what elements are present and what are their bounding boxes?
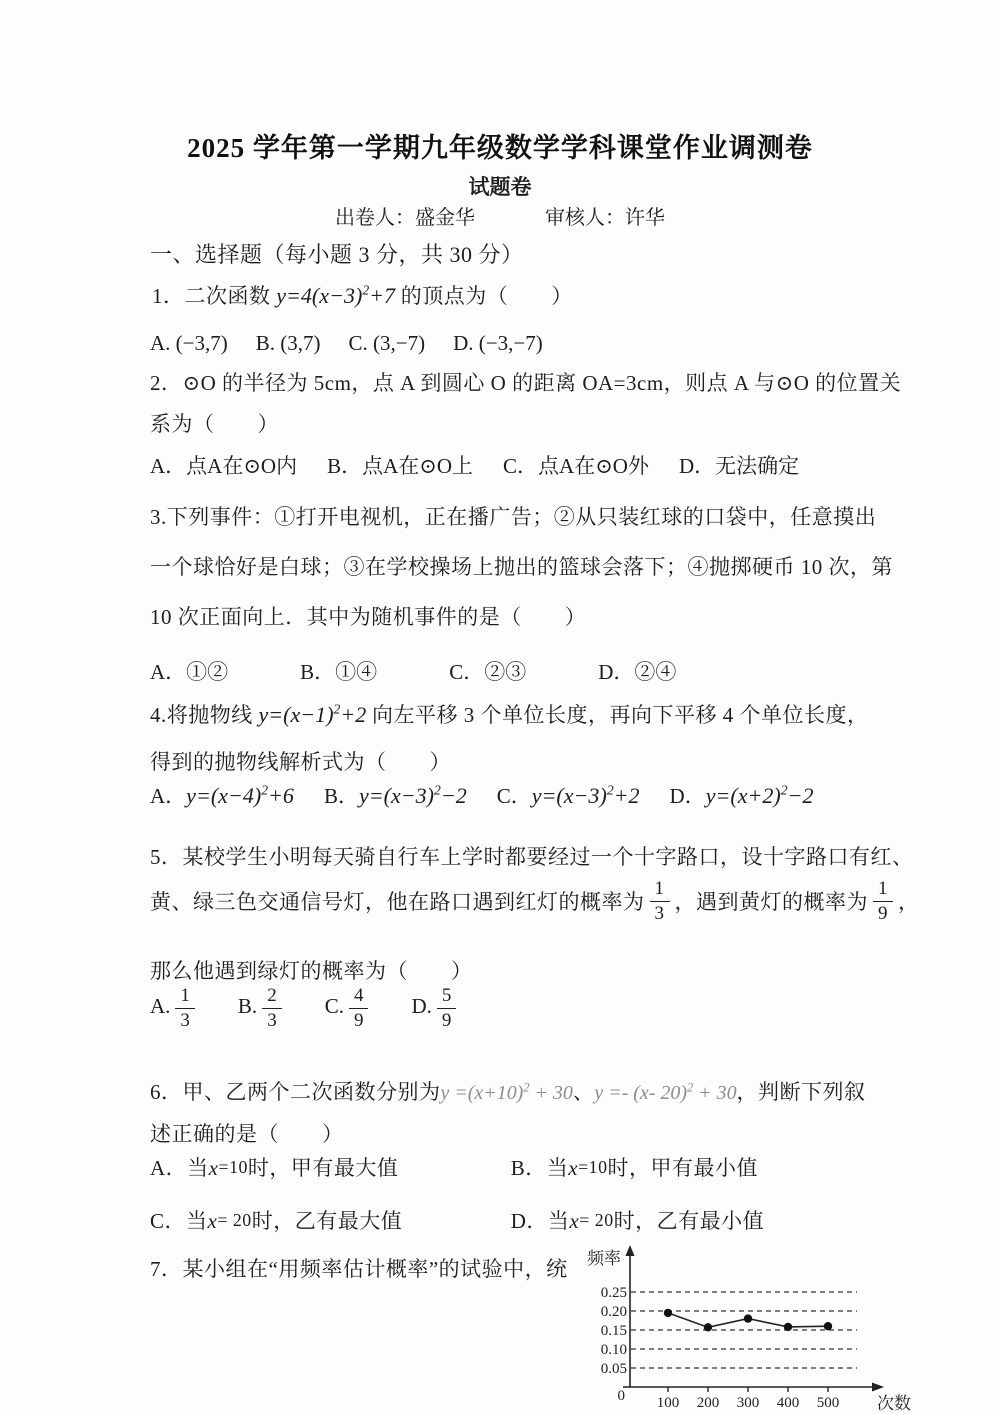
fraction-numerator: 1 — [650, 878, 670, 902]
q6-formula-yi: y =- (x- 20)2 + 30 — [594, 1082, 736, 1104]
svg-text:0.05: 0.05 — [601, 1361, 627, 1377]
formula-base: y=(x−3) — [359, 783, 434, 808]
formula-exponent: 2 — [434, 783, 441, 798]
option-letter: B． — [324, 784, 359, 808]
option-text: 当 — [548, 1209, 570, 1233]
fraction-numerator: 1 — [873, 878, 893, 902]
fraction: 59 — [437, 985, 457, 1032]
option-letter: C． — [150, 1209, 186, 1233]
q4-options: A．y=(x−4)2+6 B．y=(x−3)2−2 C．y=(x−3)2+2 D… — [150, 780, 814, 810]
q4-stem-line1: 4.将抛物线 y=(x−1)2+2 向左平移 3 个单位长度，再向下平移 4 个… — [150, 699, 869, 729]
option-b: B．①④ — [300, 656, 377, 686]
q5-options: A.13 B.23 C.49 D.59 — [150, 985, 461, 1032]
option-d: D．y=(x+2)2−2 — [670, 780, 814, 810]
q6-formula-jia: y =(x+10)2 + 30 — [441, 1082, 573, 1104]
q3-stem-line3: 10 次正面向上．其中为随机事件的是（ ） — [150, 601, 586, 631]
q6-options-row1: A．当x=10时，甲有最大值 B．当x=10时，甲有最小值 — [150, 1152, 758, 1182]
q6-stem-text-end: ，判断下列叙 — [737, 1080, 866, 1104]
option-a: A.13 — [150, 985, 200, 1032]
q5-stem-line3: 那么他遇到绿灯的概率为（ ） — [150, 955, 473, 985]
formula-tail: +7 — [369, 283, 395, 308]
option-letter: C. — [325, 994, 344, 1025]
paper-subtitle: 试题卷 — [0, 171, 1000, 201]
option-d: D．无法确定 — [679, 450, 799, 480]
q1-stem-text-end: 的顶点为（ ） — [395, 284, 573, 308]
option-c: C. (3,−7) — [349, 331, 426, 356]
option-text: 当 — [187, 1156, 209, 1180]
q4-stem-text-end: 向左平移 3 个单位长度，再向下平移 4 个单位长度， — [366, 703, 868, 727]
page-title: 2025 学年第一学期九年级数学学科课堂作业调测卷 — [0, 126, 1000, 165]
q5-stem-text-mid: ，遇到黄灯的概率为 — [675, 886, 869, 916]
formula-tail: +2 — [614, 783, 640, 808]
variable-x: x — [209, 1156, 219, 1180]
q4-stem-line2: 得到的抛物线解析式为（ ） — [150, 746, 451, 776]
fraction: 13 — [175, 985, 195, 1032]
option-formula: y=(x−3)2+2 — [532, 783, 640, 808]
option-letter: D. — [411, 994, 431, 1025]
option-c: C．当x= 20时，乙有最大值 — [150, 1205, 505, 1235]
q7-stem: 7．某小组在“用频率估计概率”的试验中，统 — [150, 1253, 595, 1283]
q4-formula: y=(x−1)2+2 — [259, 702, 367, 727]
q3-stem-line2: 一个球恰好是白球；③在学校操场上抛出的篮球会落下；④抛掷硬币 10 次，第 — [150, 551, 893, 581]
option-a: A．当x=10时，甲有最大值 — [150, 1152, 505, 1182]
q1-stem: 1．二次函数 y=4(x−3)2+7 的顶点为（ ） — [152, 280, 573, 310]
q5-stem-line2: 黄、绿三色交通信号灯，他在路口遇到红灯的概率为 13 ，遇到黄灯的概率为 19 … — [150, 878, 920, 925]
formula-tail: −2 — [788, 783, 814, 808]
fraction: 13 — [650, 878, 670, 925]
option-b: B．y=(x−3)2−2 — [324, 780, 467, 810]
option-letter: A． — [150, 1156, 187, 1180]
option-formula: y=(x−4)2+6 — [186, 783, 294, 808]
fraction-denominator: 3 — [175, 1009, 195, 1032]
formula-base: y=(x−3) — [532, 783, 607, 808]
svg-text:500: 500 — [817, 1395, 840, 1411]
svg-text:0.10: 0.10 — [601, 1342, 627, 1358]
fraction: 23 — [262, 985, 282, 1032]
svg-text:0.25: 0.25 — [601, 1285, 627, 1301]
fraction-numerator: 4 — [349, 985, 369, 1009]
q2-stem-line2: 系为（ ） — [150, 408, 279, 438]
q2-options: A．点A在⊙O内 B．点A在⊙O上 C．点A在⊙O外 D．无法确定 — [150, 450, 799, 480]
formula-base: y=(x+2) — [706, 783, 781, 808]
option-letter: D． — [670, 784, 706, 808]
formula-tail: −2 — [441, 783, 467, 808]
value: = 20 — [579, 1210, 613, 1230]
q1-stem-text: 1．二次函数 — [152, 284, 276, 308]
svg-text:频率: 频率 — [587, 1249, 621, 1268]
exam-paper-page: 2025 学年第一学期九年级数学学科课堂作业调测卷 试题卷 出卷人：盛金华审核人… — [0, 0, 1000, 1414]
option-d: D．②④ — [598, 656, 676, 686]
formula-exponent: 2 — [607, 783, 614, 798]
fraction-denominator: 3 — [262, 1009, 282, 1032]
fraction-numerator: 1 — [175, 985, 195, 1009]
option-b: B.23 — [238, 985, 287, 1032]
option-formula: y=(x−3)2−2 — [359, 783, 467, 808]
fraction-denominator: 9 — [437, 1009, 457, 1032]
option-d: D.59 — [411, 985, 461, 1032]
svg-text:0.20: 0.20 — [601, 1304, 627, 1320]
option-text-end: 时，甲有最大值 — [248, 1156, 399, 1180]
svg-text:200: 200 — [697, 1395, 720, 1411]
option-letter: B． — [511, 1156, 547, 1180]
author-reviewer: 审核人：许华 — [545, 207, 665, 229]
option-d: D. (−3,−7) — [453, 331, 543, 356]
value: =10 — [578, 1157, 607, 1177]
value: = 20 — [217, 1210, 251, 1230]
variable-x: x — [568, 1156, 578, 1180]
fraction-denominator: 9 — [349, 1009, 369, 1032]
option-formula: y=(x+2)2−2 — [706, 783, 814, 808]
q5-stem-text: 黄、绿三色交通信号灯，他在路口遇到红灯的概率为 — [150, 886, 645, 916]
fraction-denominator: 9 — [873, 902, 893, 925]
value: =10 — [219, 1157, 248, 1177]
option-letter: A． — [150, 784, 186, 808]
option-text: 当 — [547, 1156, 569, 1180]
option-b: B．当x=10时，甲有最小值 — [511, 1156, 758, 1180]
q5-stem-line1: 5．某校学生小明每天骑自行车上学时都要经过一个十字路口，设十字路口有红、 — [150, 841, 914, 871]
fraction-numerator: 2 — [262, 985, 282, 1009]
option-a: A．y=(x−4)2+6 — [150, 780, 294, 810]
formula-base: y=(x−4) — [186, 783, 261, 808]
svg-text:0.15: 0.15 — [601, 1323, 627, 1339]
svg-text:400: 400 — [777, 1395, 800, 1411]
option-a: A．①② — [150, 656, 228, 686]
separator: 、 — [573, 1080, 595, 1104]
frequency-line-chart: 0.050.100.150.200.250100200300400500频率次数 — [585, 1244, 1000, 1412]
option-text-end: 时，乙有最大值 — [252, 1209, 403, 1233]
q3-options: A．①② B．①④ C．②③ D．②④ — [150, 656, 676, 686]
formula-tail: +6 — [268, 783, 294, 808]
formula-tail: + 30 — [530, 1082, 573, 1104]
q4-stem-text: 4.将抛物线 — [150, 703, 259, 727]
option-c: C．点A在⊙O外 — [503, 450, 649, 480]
option-letter: D． — [511, 1209, 548, 1233]
q3-stem-line1: 3.下列事件：①打开电视机，正在播广告；②从只装红球的口袋中，任意摸出 — [150, 501, 876, 531]
option-text-end: 时，甲有最小值 — [608, 1156, 759, 1180]
fraction-numerator: 5 — [437, 985, 457, 1009]
svg-text:次数: 次数 — [877, 1394, 911, 1412]
fraction-denominator: 3 — [650, 902, 670, 925]
section-heading: 一、选择题（每小题 3 分，共 30 分） — [150, 238, 524, 269]
option-text: 当 — [186, 1209, 208, 1233]
author-setter: 出卷人：盛金华 — [335, 207, 475, 229]
frequency-chart-svg: 0.050.100.150.200.250100200300400500频率次数 — [585, 1244, 1000, 1412]
option-c: C．②③ — [449, 656, 526, 686]
q2-stem-line1: 2．⊙O 的半径为 5cm，点 A 到圆心 O 的距离 OA=3cm，则点 A … — [150, 367, 901, 397]
formula-base: y=4(x−3) — [276, 283, 362, 308]
option-letter: B. — [238, 994, 257, 1025]
option-c: C.49 — [325, 985, 374, 1032]
option-c: C．y=(x−3)2+2 — [497, 780, 640, 810]
q6-options-row2: C．当x= 20时，乙有最大值 D．当x= 20时，乙有最小值 — [150, 1205, 764, 1235]
q6-stem-line1: 6．甲、乙两个二次函数分别为y =(x+10)2 + 30、y =- (x- 2… — [150, 1076, 866, 1106]
formula-tail: +2 — [340, 702, 366, 727]
formula-base: y =- (x- 20) — [594, 1082, 687, 1104]
q5-stem-text-end: ， — [898, 886, 920, 916]
option-text-end: 时，乙有最小值 — [614, 1209, 765, 1233]
q6-stem-text: 6．甲、乙两个二次函数分别为 — [150, 1080, 441, 1104]
fraction: 49 — [349, 985, 369, 1032]
option-b: B．点A在⊙O上 — [327, 450, 473, 480]
formula-base: y=(x−1) — [259, 702, 334, 727]
svg-text:300: 300 — [737, 1395, 760, 1411]
option-a: A．点A在⊙O内 — [150, 450, 297, 480]
q1-formula: y=4(x−3)2+7 — [276, 283, 395, 308]
svg-text:100: 100 — [657, 1395, 680, 1411]
formula-tail: + 30 — [693, 1082, 736, 1104]
authors-line: 出卷人：盛金华审核人：许华 — [0, 201, 1000, 230]
option-b: B. (3,7) — [256, 331, 321, 356]
option-d: D．当x= 20时，乙有最小值 — [511, 1209, 764, 1233]
q6-stem-line2: 述正确的是（ ） — [150, 1118, 344, 1148]
q1-options: A. (−3,7) B. (3,7) C. (3,−7) D. (−3,−7) — [150, 331, 543, 356]
formula-base: y =(x+10) — [441, 1082, 524, 1104]
variable-x: x — [569, 1209, 579, 1233]
svg-text:0: 0 — [618, 1388, 626, 1404]
formula-exponent: 2 — [781, 783, 788, 798]
option-letter: A. — [150, 994, 170, 1025]
fraction: 19 — [873, 878, 893, 925]
option-a: A. (−3,7) — [150, 331, 228, 356]
variable-x: x — [208, 1209, 218, 1233]
option-letter: C． — [497, 784, 532, 808]
